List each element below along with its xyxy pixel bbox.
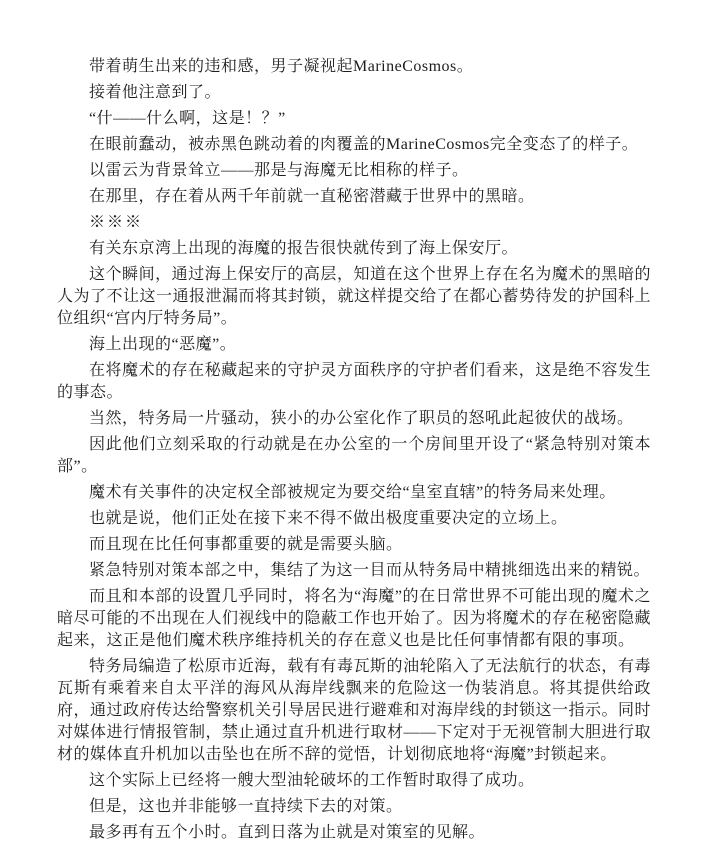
paragraph: 但是，这也并非能够一直持续下去的对策。 — [57, 796, 651, 818]
paragraph: 有关东京湾上出现的海魔的报告很快就传到了海上保安厅。 — [57, 238, 651, 260]
document-body: 带着萌生出来的违和感，男子凝视起MarineCosmos。接着他注意到了。“什—… — [57, 56, 651, 844]
paragraph: “什——什么啊，这是！？” — [57, 108, 651, 130]
paragraph: 在眼前蠢动，被赤黑色跳动着的肉覆盖的MarineCosmos完全变态了的样子。 — [57, 134, 651, 156]
paragraph: 因此他们立刻采取的行动就是在办公室的一个房间里开设了“紧急特别对策本部”。 — [57, 434, 651, 478]
document-page: 带着萌生出来的违和感，男子凝视起MarineCosmos。接着他注意到了。“什—… — [0, 0, 708, 850]
paragraph: 而且现在比任何事都重要的就是需要头脑。 — [57, 534, 651, 556]
paragraph: 魔术有关事件的决定权全部被规定为要交给“皇室直辖”的特务局来处理。 — [57, 482, 651, 504]
paragraph: 在将魔术的存在秘藏起来的守护灵方面秩序的守护者们看来，这是绝不容发生的事态。 — [57, 360, 651, 404]
paragraph: 以雷云为背景耸立——那是与海魔无比相称的样子。 — [57, 160, 651, 182]
paragraph: 这个实际上已经将一艘大型油轮破坏的工作暂时取得了成功。 — [57, 770, 651, 792]
paragraph: 也就是说，他们正处在接下来不得不做出极度重要决定的立场上。 — [57, 508, 651, 530]
paragraph: 紧急特别对策本部之中，集结了为这一目而从特务局中精挑细选出来的精锐。 — [57, 560, 651, 582]
paragraph: 而且和本部的设置几乎同时，将名为“海魔”的在日常世界不可能出现的魔术之暗尽可能的… — [57, 586, 651, 652]
paragraph: 在那里，存在着从两千年前就一直秘密潜藏于世界中的黑暗。 — [57, 186, 651, 208]
paragraph: 当然，特务局一片骚动，狭小的办公室化作了职员的怒吼此起彼伏的战场。 — [57, 408, 651, 430]
paragraph: 带着萌生出来的违和感，男子凝视起MarineCosmos。 — [57, 56, 651, 78]
paragraph: 这个瞬间，通过海上保安厅的高层，知道在这个世界上存在名为魔术的黑暗的人为了不让这… — [57, 264, 651, 330]
paragraph: 最多再有五个小时。直到日落为止就是对策室的见解。 — [57, 822, 651, 844]
paragraph: 特务局编造了松原市近海，载有有毒瓦斯的油轮陷入了无法航行的状态，有毒瓦斯有乘着来… — [57, 656, 651, 766]
section-divider: ※※※ — [57, 212, 651, 234]
paragraph: 海上出现的“恶魔”。 — [57, 334, 651, 356]
paragraph: 接着他注意到了。 — [57, 82, 651, 104]
